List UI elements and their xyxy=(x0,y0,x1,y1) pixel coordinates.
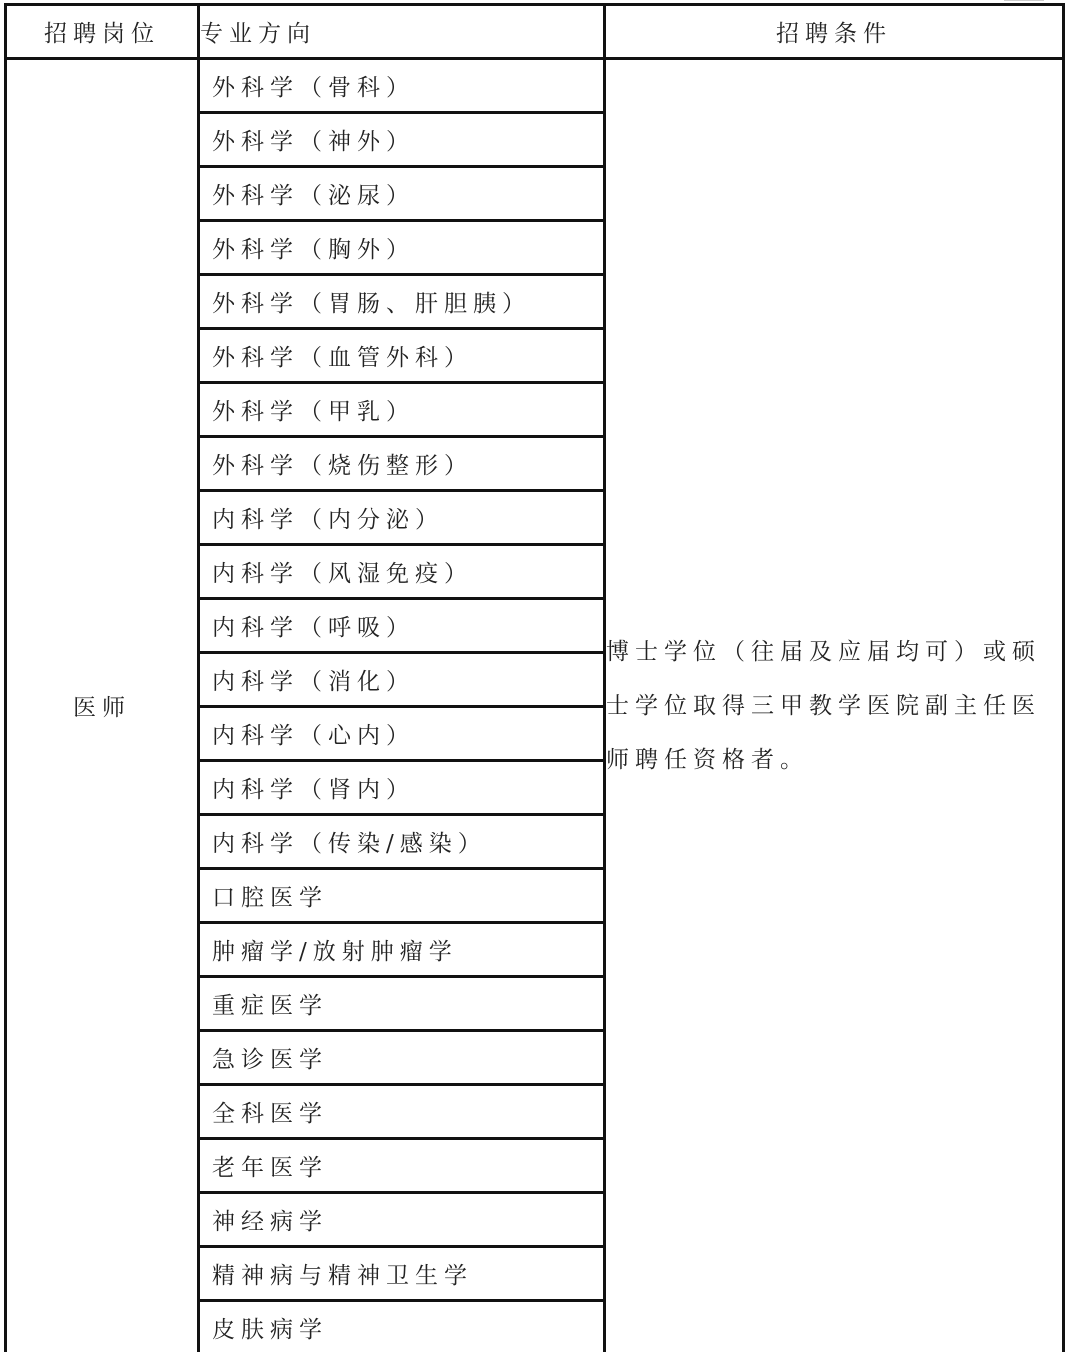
major-cell: 外科学（烧伤整形） xyxy=(199,437,605,491)
conditions-cell: 博士学位（往届及应届均可）或硕士学位取得三甲教学医院副主任医师聘任资格者。 xyxy=(605,59,1064,1352)
major-cell: 内科学（心内） xyxy=(199,707,605,761)
header-conditions: 招聘条件 xyxy=(605,5,1064,59)
major-cell: 内科学（肾内） xyxy=(199,761,605,815)
major-cell: 精神病与精神卫生学 xyxy=(199,1247,605,1301)
header-post: 招聘岗位 xyxy=(6,5,199,59)
major-cell: 内科学（呼吸） xyxy=(199,599,605,653)
major-cell: 内科学（传染/感染） xyxy=(199,815,605,869)
major-cell: 外科学（骨科） xyxy=(199,59,605,113)
table-row: 医师 外科学（骨科） 博士学位（往届及应届均可）或硕士学位取得三甲教学医院副主任… xyxy=(6,59,1064,113)
post-cell: 医师 xyxy=(6,59,199,1352)
major-cell: 内科学（消化） xyxy=(199,653,605,707)
major-cell: 全科医学 xyxy=(199,1085,605,1139)
major-cell: 外科学（泌尿） xyxy=(199,167,605,221)
page-edge-mark xyxy=(1004,0,1044,1)
major-cell: 外科学（血管外科） xyxy=(199,329,605,383)
major-cell: 外科学（神外） xyxy=(199,113,605,167)
conditions-text: 博士学位（往届及应届均可）或硕士学位取得三甲教学医院副主任医师聘任资格者。 xyxy=(606,625,1062,787)
major-cell: 肿瘤学/放射肿瘤学 xyxy=(199,923,605,977)
header-major: 专业方向 xyxy=(199,5,605,59)
major-cell: 皮肤病学 xyxy=(199,1301,605,1352)
major-cell: 内科学（内分泌） xyxy=(199,491,605,545)
major-cell: 内科学（风湿免疫） xyxy=(199,545,605,599)
major-cell: 外科学（胸外） xyxy=(199,221,605,275)
major-cell: 外科学（胃肠、肝胆胰） xyxy=(199,275,605,329)
table-header-row: 招聘岗位 专业方向 招聘条件 xyxy=(6,5,1064,59)
major-cell: 外科学（甲乳） xyxy=(199,383,605,437)
major-cell: 神经病学 xyxy=(199,1193,605,1247)
major-cell: 老年医学 xyxy=(199,1139,605,1193)
major-cell: 急诊医学 xyxy=(199,1031,605,1085)
major-cell: 重症医学 xyxy=(199,977,605,1031)
major-cell: 口腔医学 xyxy=(199,869,605,923)
recruitment-table: 招聘岗位 专业方向 招聘条件 医师 外科学（骨科） 博士学位（往届及应届均可）或… xyxy=(4,3,1065,1352)
table-body: 医师 外科学（骨科） 博士学位（往届及应届均可）或硕士学位取得三甲教学医院副主任… xyxy=(6,59,1064,1352)
